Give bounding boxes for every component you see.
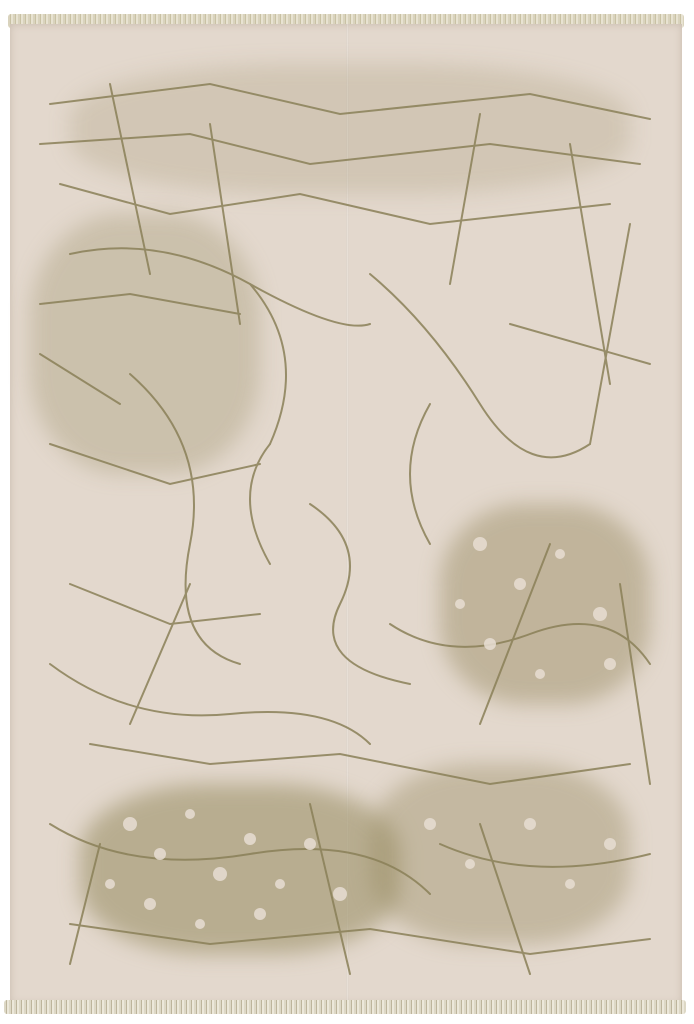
abstract-line-pattern — [10, 24, 682, 1004]
rug — [10, 24, 682, 1004]
bottom-fringe — [4, 1000, 686, 1014]
